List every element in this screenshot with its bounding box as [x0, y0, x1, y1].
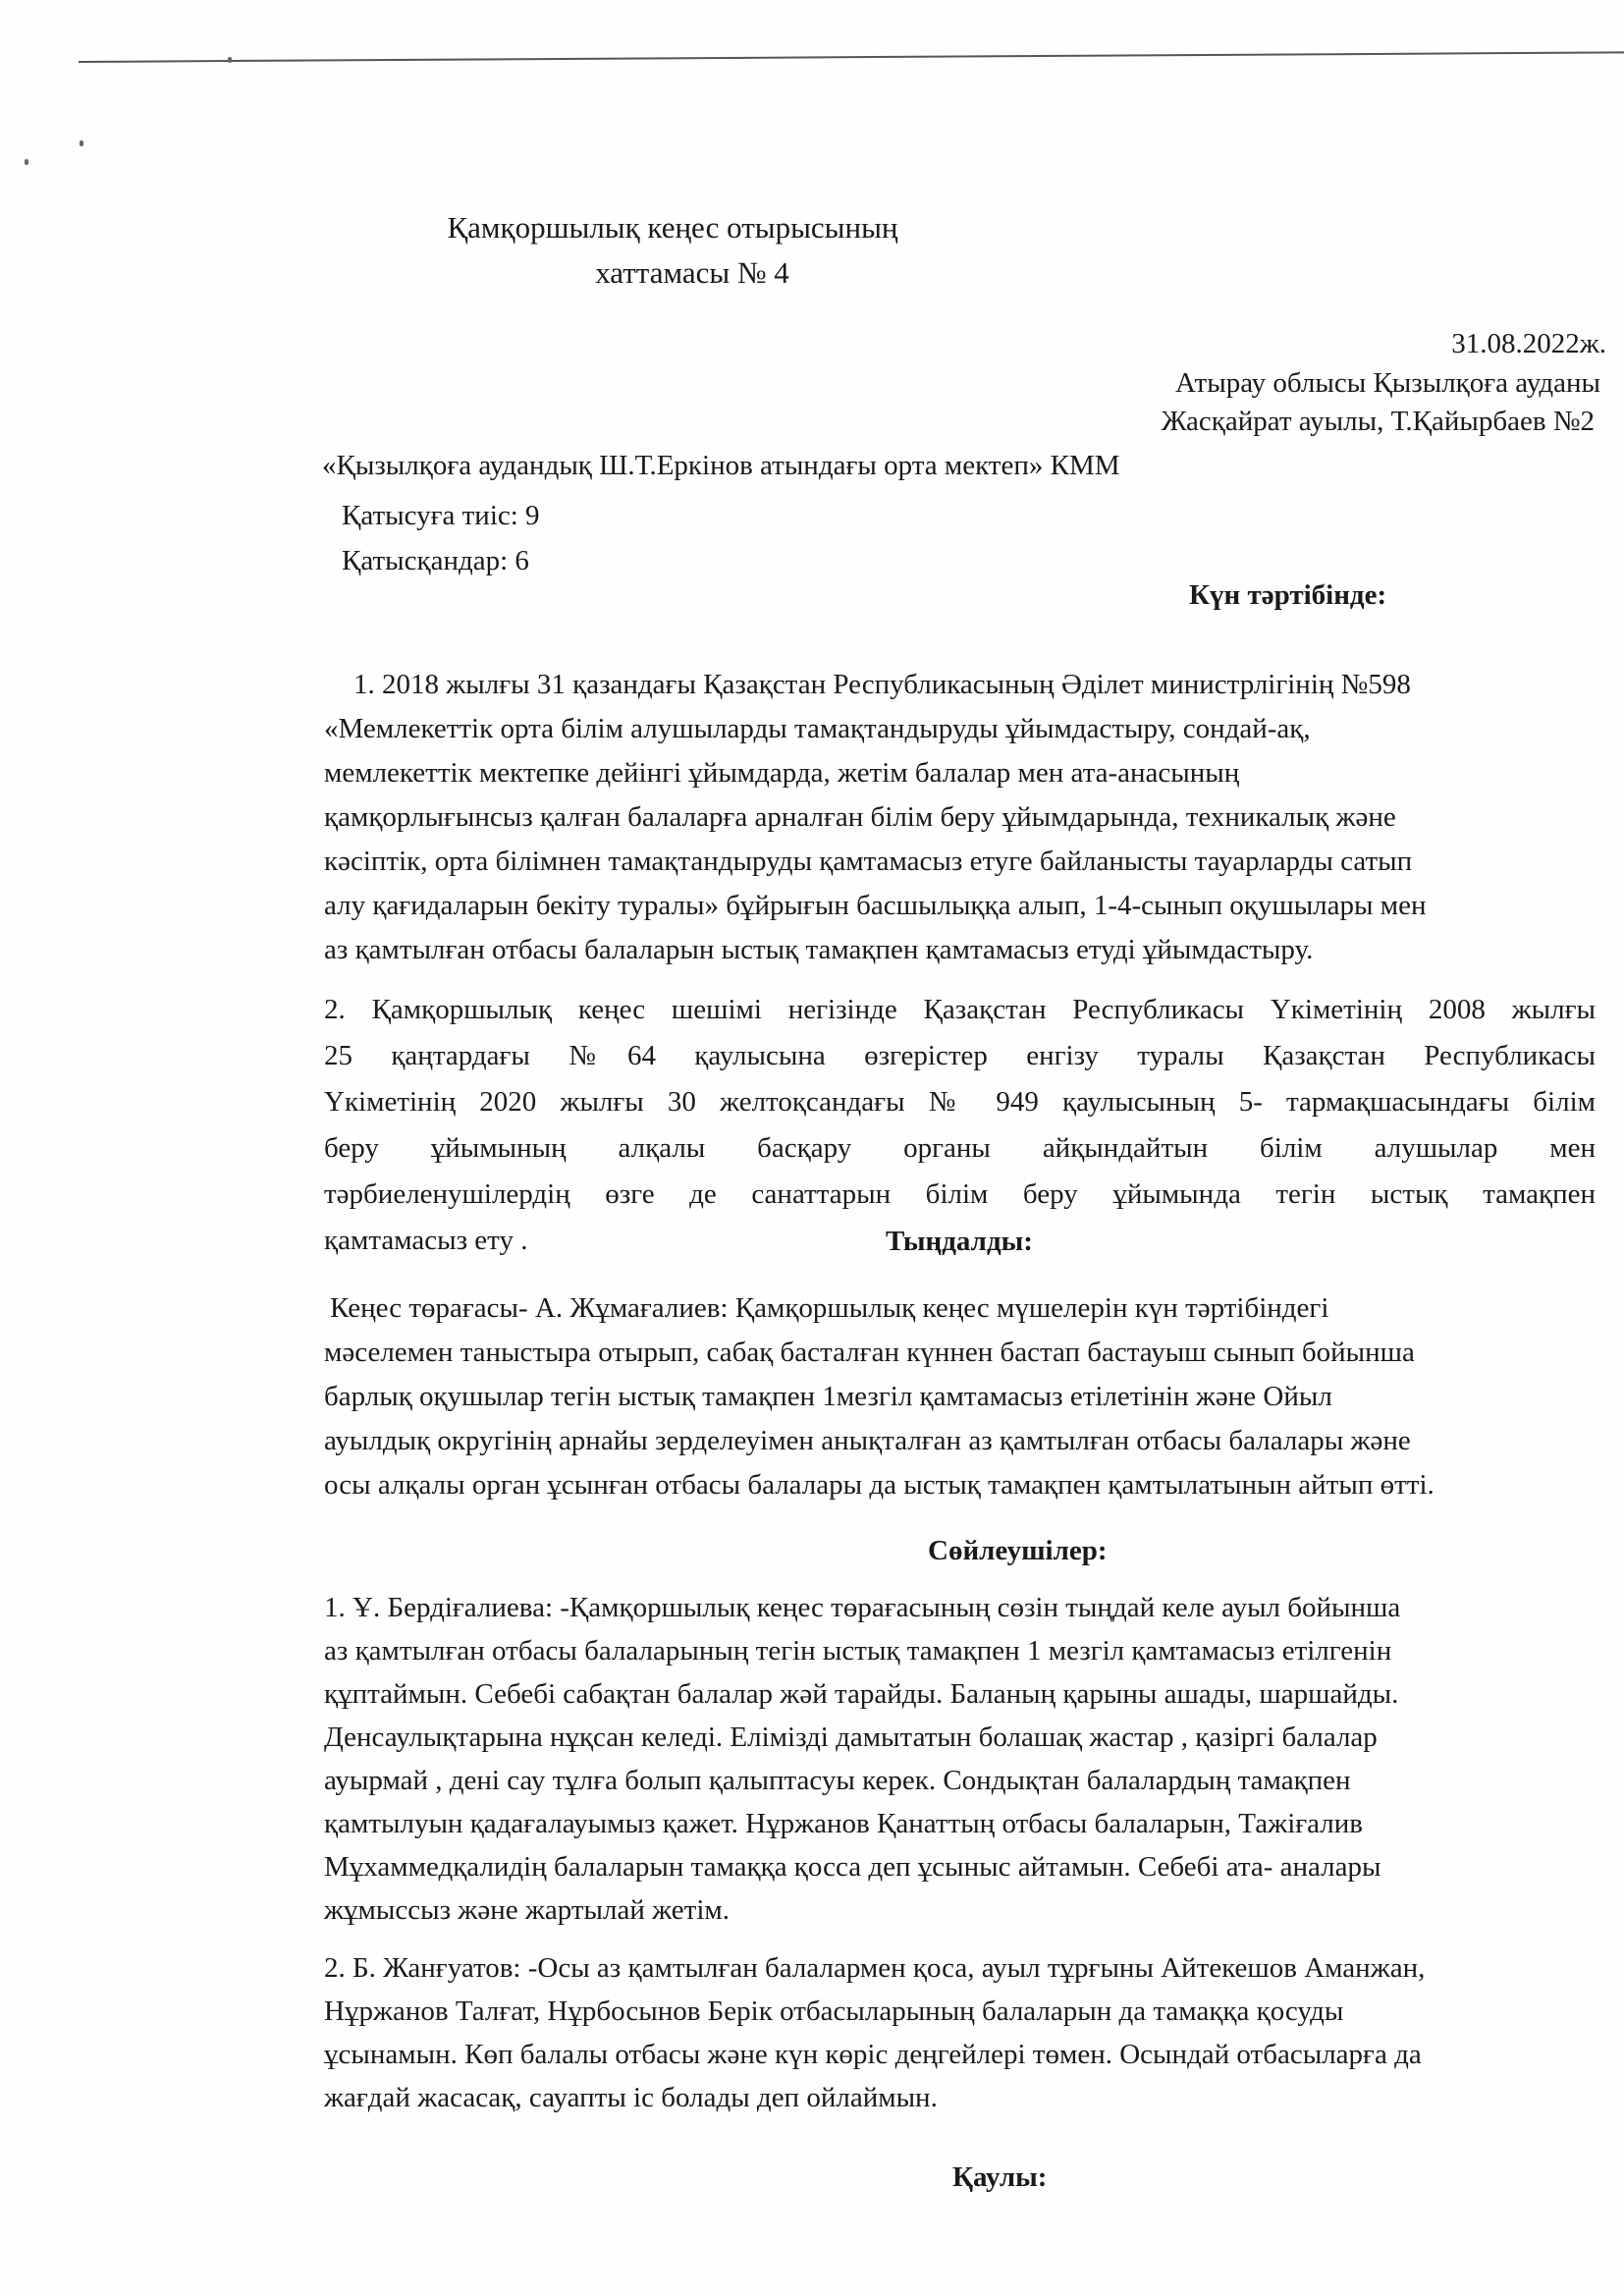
text-line: мәселемен таныстыра отырып, сабақ бастал… — [324, 1331, 1600, 1375]
address-line2: Жасқайрат ауылы, Т.Қайырбаев №2 — [1162, 408, 1595, 436]
heard-heading: Тыңдалды: — [886, 1228, 1033, 1256]
resolution-heading: Қаулы: — [952, 2163, 1047, 2192]
speaker-2-statement: 2. Б. Жанғуатов: -Осы аз қамтылған балал… — [324, 1946, 1600, 2119]
text-line: 1. 2018 жылғы 31 қазандағы Қазақстан Рес… — [324, 663, 1600, 707]
text-line: Үкіметінің 2020 жылғы 30 желтоқсандағы №… — [324, 1079, 1596, 1125]
text-line: 2. Қамқоршылық кеңес шешімі негізінде Қа… — [324, 987, 1596, 1033]
scan-speck — [228, 57, 232, 63]
document-title-line2: хаттамасы № 4 — [0, 257, 1384, 288]
document-title-line1: Қамқоршылық кеңес отырысының — [0, 212, 1345, 243]
text-line: кәсіптік, орта білімнен тамақтандыруды қ… — [324, 840, 1600, 884]
text-line: 25 қаңтардағы №64 қаулысына өзгерістер е… — [324, 1033, 1596, 1079]
text-line: «Мемлекеттік орта білім алушыларды тамақ… — [324, 707, 1600, 751]
text-line: беру ұйымының алқалы басқару органы айқы… — [324, 1125, 1596, 1172]
attended-count: Қатысқандар: 6 — [342, 547, 529, 575]
text-line: қамқорлығынсыз қалған балаларға арналған… — [324, 795, 1600, 840]
text-line: осы алқалы орган ұсынған отбасы балалары… — [324, 1463, 1600, 1507]
text-line: мемлекеттік мектепке дейінгі ұйымдарда, … — [324, 751, 1600, 795]
scan-top-rule — [79, 51, 1624, 63]
text-line: жағдай жасасақ, сауапты іс болады деп ой… — [324, 2076, 1600, 2119]
text-line: барлық оқушылар тегін ыстық тамақпен 1ме… — [324, 1375, 1600, 1419]
should-attend-count: Қатысуға тиіс: 9 — [342, 502, 540, 530]
document-date: 31.08.2022ж. — [1451, 330, 1606, 358]
text-line: Нұржанов Талғат, Нұрбосынов Берік отбасы… — [324, 1990, 1600, 2033]
speakers-heading: Сөйлеушілер: — [928, 1537, 1108, 1565]
text-line: аз қамтылған отбасы балаларының тегін ыс… — [324, 1629, 1600, 1672]
text-line: ауырмай , дені сау тұлға болып қалыптасу… — [324, 1759, 1600, 1802]
agenda-heading: Күн тәртібінде: — [859, 581, 1386, 610]
text-line: Денсаулықтарына нұқсан келеді. Елімізді … — [324, 1716, 1600, 1759]
heard-statement: Кеңес төрағасы- А. Жұмағалиев: Қамқоршыл… — [324, 1286, 1600, 1507]
text-line: 2. Б. Жанғуатов: -Осы аз қамтылған балал… — [324, 1946, 1600, 1990]
text-line: ауылдық округінің арнайы зерделеуімен ан… — [324, 1419, 1600, 1463]
text-line: алу қағидаларын бекіту туралы» бұйрығын … — [324, 884, 1600, 928]
text-line: Мұхаммедқалидің балаларын тамаққа қосса … — [324, 1845, 1600, 1888]
scan-speck — [80, 140, 83, 146]
text-line: тәрбиеленушілердің өзге де санаттарын бі… — [324, 1172, 1596, 1218]
text-line: Кеңес төрағасы- А. Жұмағалиев: Қамқоршыл… — [324, 1286, 1600, 1331]
agenda-item-1: 1. 2018 жылғы 31 қазандағы Қазақстан Рес… — [324, 663, 1600, 972]
address-line1: Атырау облысы Қызылқоға ауданы — [1175, 369, 1600, 398]
speaker-1-statement: 1. Ұ. Бердіғалиева: -Қамқоршылық кеңес т… — [324, 1586, 1600, 1932]
text-line: жұмыссыз және жартылай жетім. — [324, 1888, 1600, 1932]
text-line: аз қамтылған отбасы балаларын ыстық тама… — [324, 928, 1600, 972]
agenda-item-2: 2. Қамқоршылық кеңес шешімі негізінде Қа… — [324, 987, 1596, 1264]
text-line: 1. Ұ. Бердіғалиева: -Қамқоршылық кеңес т… — [324, 1586, 1600, 1629]
school-name: «Қызылқоға аудандық Ш.Т.Еркінов атындағы… — [322, 452, 1120, 480]
document-page: Қамқоршылық кеңес отырысының хаттамасы №… — [0, 0, 1624, 2296]
text-line: ұсынамын. Көп балалы отбасы және күн көр… — [324, 2033, 1600, 2076]
text-line: қамтылуын қадағалауымыз қажет. Нұржанов … — [324, 1802, 1600, 1845]
text-line: құптаймын. Себебі сабақтан балалар жәй т… — [324, 1672, 1600, 1716]
scan-speck — [25, 159, 28, 165]
